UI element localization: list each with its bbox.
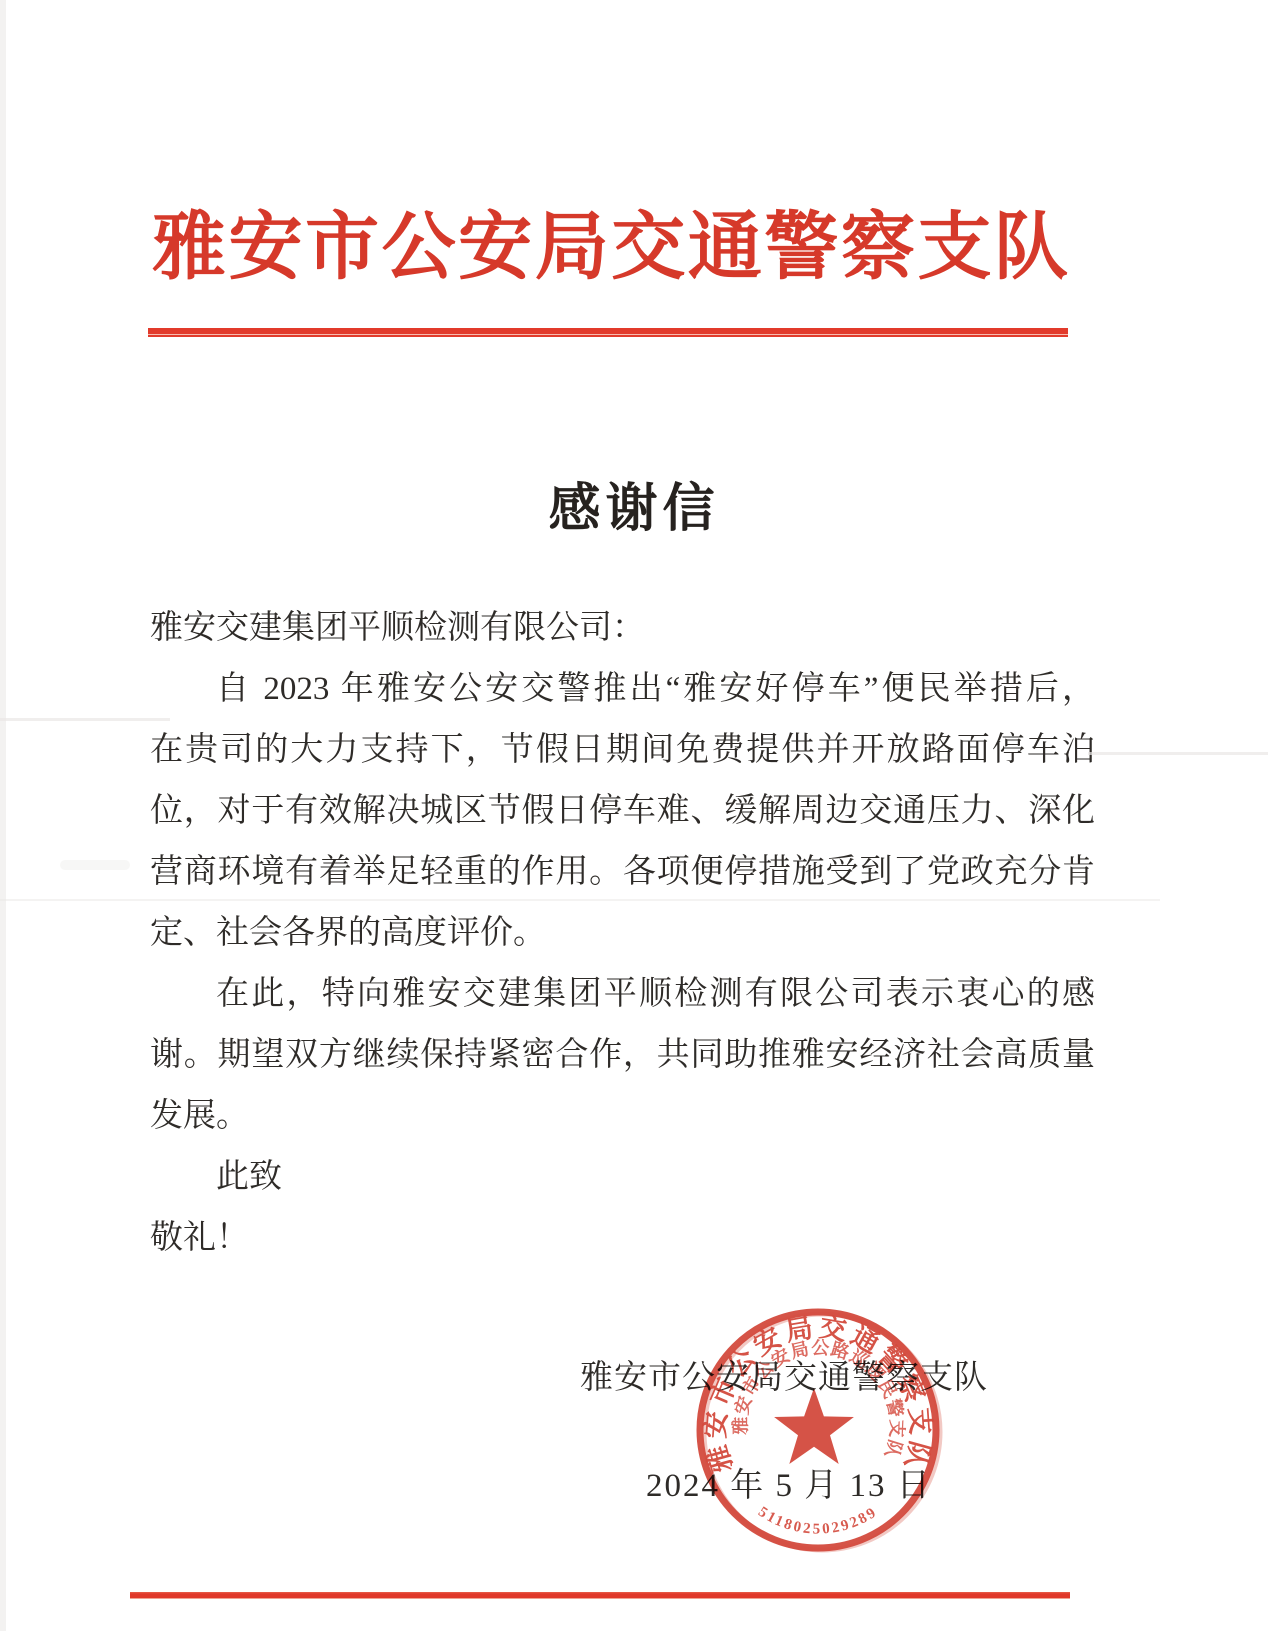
letterhead-title: 雅安市公安局交通警察支队 [152,202,1068,295]
body-line: 定、社会各界的高度评价。 [150,903,1095,964]
letter-body: 雅安交建集团平顺检测有限公司： 自 2023 年雅安公安交警推出“雅安好停车”便… [150,598,1095,1269]
body-line: 位，对于有效解决城区节假日停车难、缓解周边交通压力、深化 [150,781,1095,842]
scan-artifact [60,860,130,870]
document-title: 感谢信 [0,466,1268,541]
scan-edge-shadow [0,0,6,1631]
body-line: 在贵司的大力支持下，节假日期间免费提供并开放路面停车泊 [150,720,1095,781]
body-line: 在此，特向雅安交建集团平顺检测有限公司表示衷心的感 [150,964,1095,1025]
scan-artifact [0,718,170,721]
closing-respect-line: 敬礼！ [150,1208,1095,1269]
star-icon [774,1388,854,1464]
official-seal: 雅安市公安局交通警察支队 雅安市公安局公路巡逻民警支队 511802502928… [688,1300,948,1560]
body-line: 自 2023 年雅安公安交警推出“雅安好停车”便民举措后， [150,659,1095,720]
body-line: 营商环境有着举足轻重的作用。各项便停措施受到了党政充分肯 [150,842,1095,903]
letterhead-rule [148,328,1068,338]
closing-salute-line: 此致 [150,1147,1095,1208]
salutation-line: 雅安交建集团平顺检测有限公司： [150,598,1095,659]
body-line: 发展。 [150,1086,1095,1147]
scan-artifact [1088,752,1268,755]
scan-artifact [0,899,1160,901]
seal-code: 5118025029289 [755,1504,881,1538]
svg-text:5118025029289: 5118025029289 [755,1504,881,1538]
body-line: 谢。期望双方继续保持紧密合作，共同助推雅安经济社会高质量 [150,1025,1095,1086]
footer-rule [130,1592,1070,1599]
